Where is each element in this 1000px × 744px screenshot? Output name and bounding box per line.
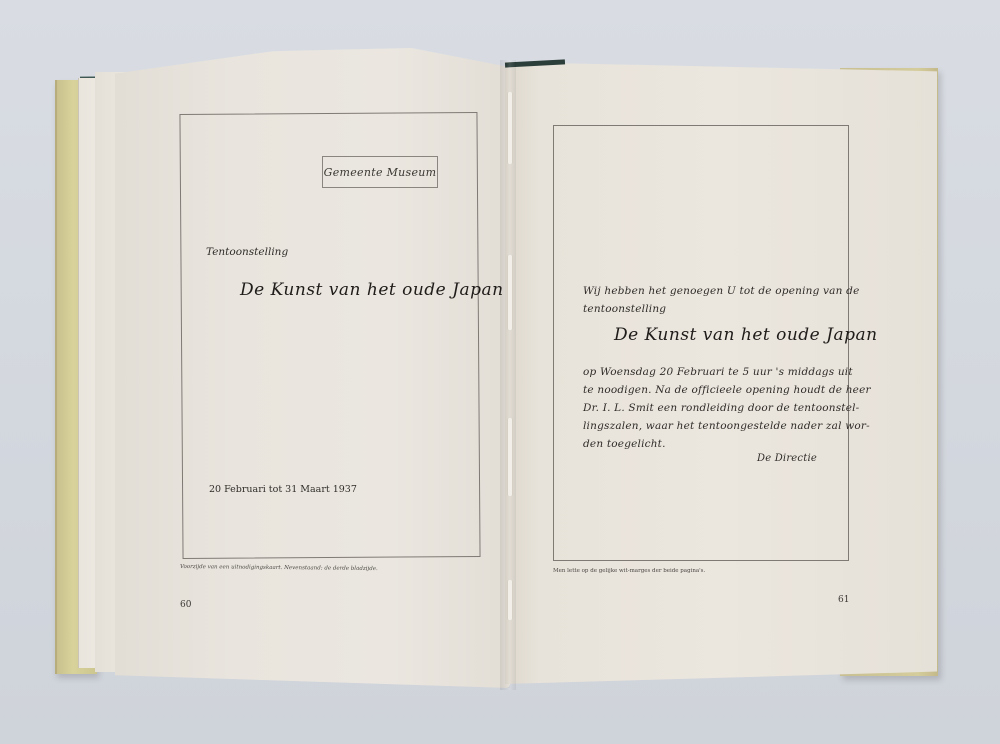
invitation-signature: De Directie <box>757 449 817 469</box>
binding-stitch <box>507 255 513 330</box>
exhibition-heading: Tentoonstelling <box>206 246 288 258</box>
museum-label-box: Gemeente Museum <box>322 156 438 188</box>
binding-stitch <box>507 418 513 496</box>
invitation-body-line-3: Dr. I. L. Smit een rondleiding door de t… <box>583 398 859 418</box>
invitation-body-line-5: den toegelicht. <box>583 434 666 454</box>
binding-stitch <box>507 580 513 620</box>
invitation-body-line-1: op Woensdag 20 Februari te 5 uur 's midd… <box>583 362 853 382</box>
exhibition-title: De Kunst van het oude Japan <box>240 280 504 300</box>
right-page-caption: Men lette op de gelijke wit-marges der b… <box>553 568 705 574</box>
invitation-intro-line-1: Wij hebben het genoegen U tot de opening… <box>583 281 859 301</box>
page-number-left: 60 <box>180 600 191 610</box>
invitation-body-line-4: lingszalen, waar het tentoongestelde nad… <box>583 416 870 436</box>
binding-stitch <box>507 92 513 164</box>
invitation-intro-line-2: tentoonstelling <box>583 299 666 319</box>
page-number-right: 61 <box>838 595 849 605</box>
invitation-title: De Kunst van het oude Japan <box>614 325 878 345</box>
exhibition-dates: 20 Februari tot 31 Maart 1937 <box>209 484 357 495</box>
invitation-body-line-2: te noodigen. Na de officieele opening ho… <box>583 380 871 400</box>
